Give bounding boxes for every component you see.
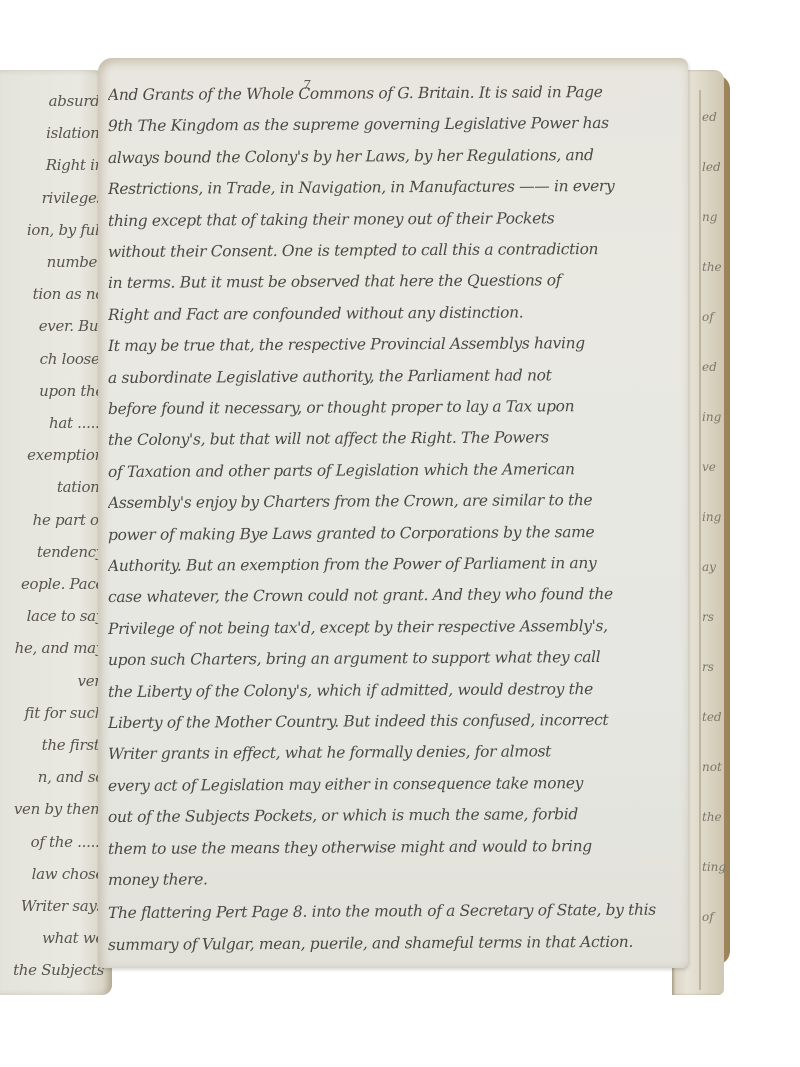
left-page-fragment: ion, by full (27, 221, 104, 239)
manuscript-line: Restrictions, in Trade, in Navigation, i… (108, 177, 683, 199)
edge-marginalia-mark: rs (702, 610, 714, 624)
edge-marginalia-mark: of (702, 910, 714, 924)
manuscript-line: Right and Fact are confounded without an… (108, 302, 683, 324)
edge-marginalia-mark: ve (702, 460, 716, 474)
left-page-fragment: exemption (27, 446, 104, 464)
left-page-fragment: ven by them (14, 800, 104, 818)
left-page-fragment: the first. (42, 736, 104, 754)
manuscript-line: Assembly's enjoy by Charters from the Cr… (108, 491, 683, 513)
manuscript-photo: absurd,islation,Right inrivilegesion, by… (0, 0, 800, 1067)
edge-marginalia-mark: the (702, 260, 722, 274)
left-page-fragment: what we (42, 929, 104, 947)
manuscript-line: summary of Vulgar, mean, puerile, and sh… (108, 932, 683, 954)
manuscript-line: Authority. But an exemption from the Pow… (108, 553, 683, 575)
manuscript-line: And Grants of the Whole Commons of G. Br… (108, 82, 683, 104)
edge-marginalia-mark: rs (702, 660, 714, 674)
left-page-fragment: the Subjects (13, 961, 104, 979)
left-page: absurd,islation,Right inrivilegesion, by… (0, 70, 112, 995)
left-page-fragment: ch loose, (40, 350, 104, 368)
manuscript-line: every act of Legislation may either in c… (108, 773, 683, 795)
edge-marginalia-mark: of (702, 310, 714, 324)
left-page-fragment: islation, (46, 124, 104, 142)
left-page-fragment: of the ...... (31, 833, 104, 851)
left-page-fragment: Writer says (21, 897, 104, 915)
left-page-fragment: ever. But (39, 317, 104, 335)
left-page-fragment: eople. Pace (21, 575, 104, 593)
left-page-fragment: upon the (39, 382, 104, 400)
manuscript-line: the Liberty of the Colony's, which if ad… (108, 679, 683, 701)
left-page-fragment: hat ...... (49, 414, 104, 432)
manuscript-line: of Taxation and other parts of Legislati… (108, 459, 683, 481)
margin-rule (699, 90, 701, 990)
left-page-fragment: absurd, (49, 92, 104, 110)
edge-marginalia-mark: led (702, 160, 721, 174)
manuscript-line: It may be true that, the respective Prov… (108, 334, 683, 356)
manuscript-line: power of making Bye Laws granted to Corp… (108, 522, 683, 544)
left-page-fragment: tation. (57, 478, 104, 496)
left-page-fragment: he, and may (15, 639, 104, 657)
manuscript-line: always bound the Colony's by her Laws, b… (108, 145, 683, 167)
manuscript-line: thing except that of taking their money … (108, 208, 683, 230)
manuscript-line: without their Consent. One is tempted to… (108, 239, 683, 261)
left-page-fragment: lace to say (27, 607, 104, 625)
manuscript-line: upon such Charters, bring an argument to… (108, 648, 683, 670)
left-page-fragment: fit for such (25, 704, 105, 722)
edge-marginalia-mark: not (702, 760, 722, 774)
left-page-fragment: Right in (46, 156, 104, 174)
edge-marginalia-mark: ted (702, 710, 722, 724)
edge-marginalia-mark: ing (702, 510, 721, 524)
edge-marginalia-mark: ed (702, 110, 717, 124)
edge-marginalia-mark: ing (702, 410, 721, 424)
edge-marginalia-mark: ed (702, 360, 717, 374)
left-page-fragment: tion as no (33, 285, 104, 303)
left-page-fragment: n, and so (38, 768, 104, 786)
manuscript-line: Liberty of the Mother Country. But indee… (108, 710, 683, 732)
manuscript-line: before found it necessary, or thought pr… (108, 396, 683, 418)
left-page-fragment: he part of (33, 511, 104, 529)
manuscript-line: out of the Subjects Pockets, or which is… (108, 805, 683, 827)
manuscript-line: them to use the means they otherwise mig… (108, 836, 683, 858)
left-page-fragment: rivileges (42, 189, 104, 207)
manuscript-line: a subordinate Legislative authority, the… (108, 365, 683, 387)
edge-marginalia-mark: ay (702, 560, 716, 574)
manuscript-line: money there. (108, 867, 683, 889)
manuscript-line: Privilege of not being tax'd, except by … (108, 616, 683, 638)
left-page-fragment: tendency (37, 543, 104, 561)
left-page-fragment: number (47, 253, 104, 271)
edge-marginalia-mark: ng (702, 210, 717, 224)
edge-marginalia-mark: ting (702, 860, 726, 874)
left-page-fragment: law chose (32, 865, 104, 883)
edge-marginalia-mark: the (702, 810, 722, 824)
